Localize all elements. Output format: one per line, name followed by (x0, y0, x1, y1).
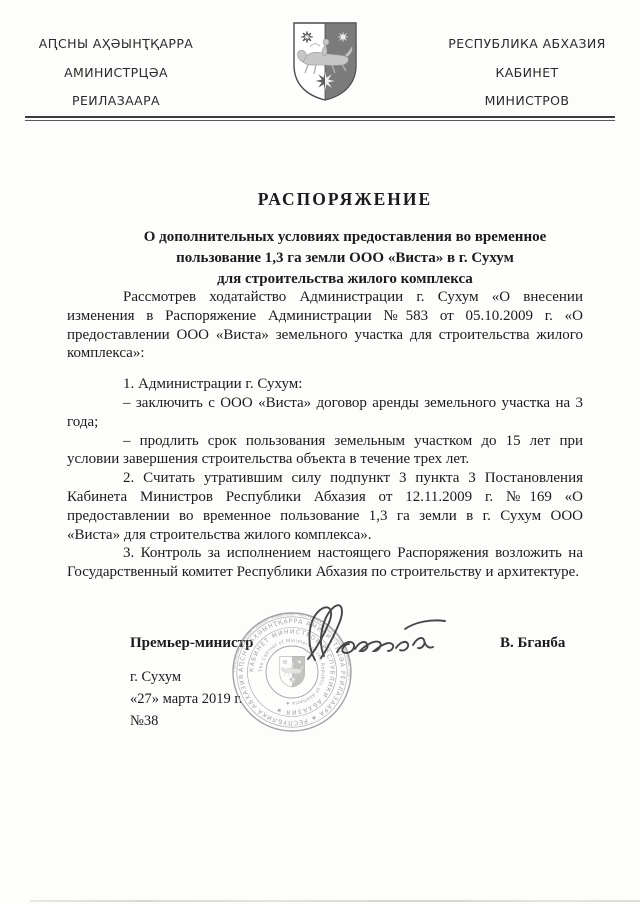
handwritten-signature (293, 598, 453, 675)
letterhead-russian-line: КАБИНЕТ (438, 59, 616, 88)
document-title: РАСПОРЯЖЕНИЕ (107, 189, 583, 210)
document-body: Рассмотрев ходатайство Администрации г. … (67, 288, 583, 582)
document-meta: г. Сухум «27» марта 2019 г. №38 (130, 666, 242, 732)
letterhead-abkhaz-line: РЕИЛАЗААРА (28, 87, 204, 116)
letterhead-russian-line: МИНИСТРОВ (438, 87, 616, 116)
issue-date: «27» марта 2019 г. (130, 688, 242, 710)
document-number: №38 (130, 710, 242, 732)
body-paragraph: Рассмотрев ходатайство Администрации г. … (67, 288, 583, 363)
letterhead-russian: РЕСПУБЛИКА АБХАЗИЯ КАБИНЕТ МИНИСТРОВ (438, 30, 616, 116)
subject-line: для строительства жилого комплекса (107, 269, 583, 290)
document-subject: О дополнительных условиях предоставления… (107, 227, 583, 290)
body-paragraph: 2. Считать утратившим силу подпункт 3 пу… (67, 469, 583, 544)
letterhead-divider (25, 116, 615, 121)
subject-line: пользование 1,3 га земли ООО «Виста» в г… (107, 248, 583, 269)
subject-line: О дополнительных условиях предоставления… (107, 227, 583, 248)
body-paragraph: – продлить срок пользования земельным уч… (67, 432, 583, 470)
letterhead-russian-line: РЕСПУБЛИКА АБХАЗИЯ (438, 30, 616, 59)
signer-name: В. Бганба (500, 635, 565, 652)
coat-of-arms-icon (292, 21, 358, 107)
letterhead-abkhaz: АԤСНЫ АҲӘЫНҬҚАРРА АМИНИСТРЦӘА РЕИЛАЗААРА (28, 30, 204, 116)
letterhead-abkhaz-line: АԤСНЫ АҲӘЫНҬҚАРРА (28, 30, 204, 59)
letterhead-abkhaz-line: АМИНИСТРЦӘА (28, 59, 204, 88)
scan-edge-artifact (30, 900, 640, 902)
body-paragraph: 3. Контроль за исполнением настоящего Ра… (67, 544, 583, 582)
body-paragraph: – заключить с ООО «Виста» договор аренды… (67, 394, 583, 432)
body-paragraph: 1. Администрации г. Сухум: (67, 375, 583, 394)
issue-place: г. Сухум (130, 666, 242, 688)
document-page: АԤСНЫ АҲӘЫНҬҚАРРА АМИНИСТРЦӘА РЕИЛАЗААРА (0, 0, 640, 905)
